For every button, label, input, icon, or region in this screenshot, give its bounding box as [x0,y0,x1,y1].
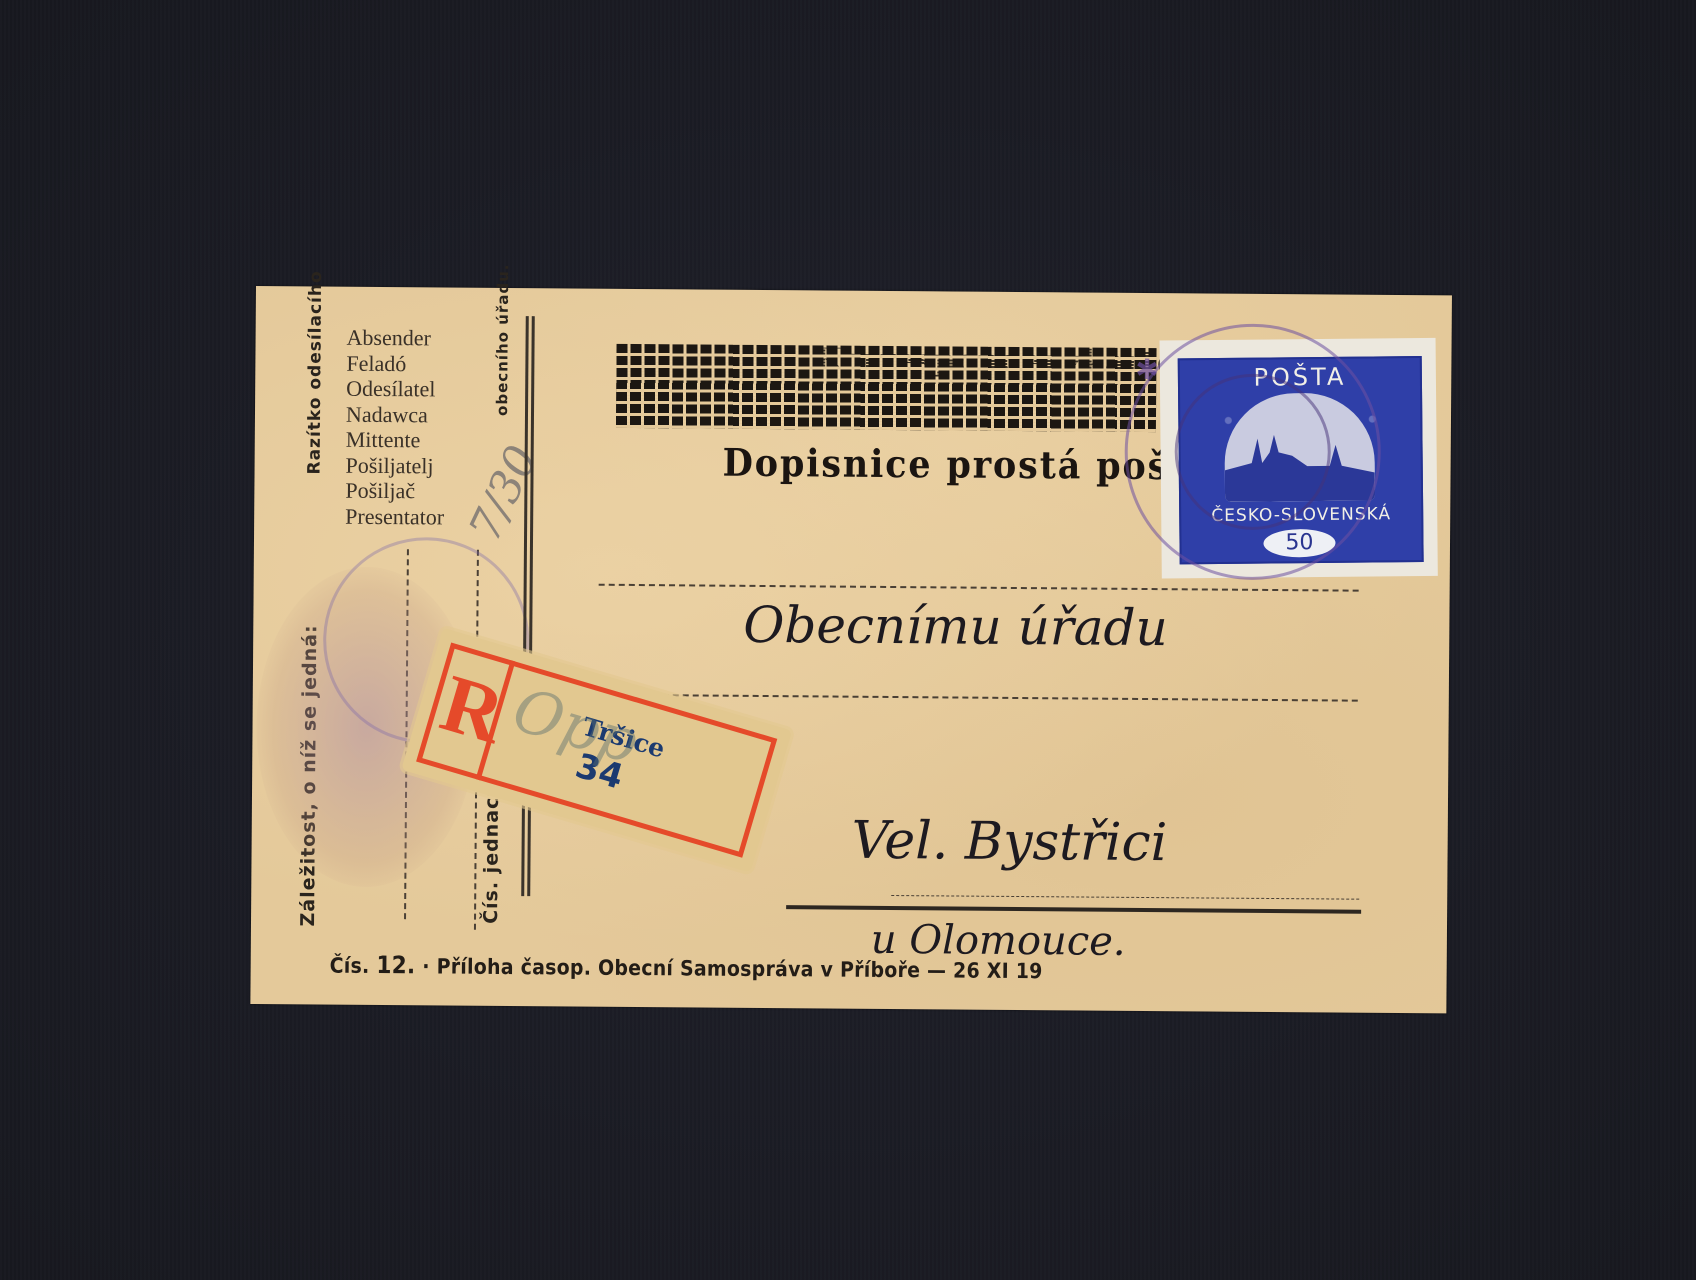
sender-label: Mittente [346,427,445,453]
footer-imprint: Čís. 12. · Příloha časop. Obecní Samospr… [330,951,1043,985]
sender-label: Feladó [346,350,445,376]
address-line-1: Obecnímu úřadu [743,596,1168,657]
file-number-label: Čís. jednací [480,789,503,924]
office-label: obecního úřadu. [493,263,512,416]
sender-label: Presentator [345,503,444,529]
postmark-inner-ring [1174,373,1331,530]
address-line [599,584,1359,592]
footer-number: 12. [376,951,415,979]
sender-label-list: Absender Feladó Odesílatel Nadawca Mitte… [345,325,446,530]
address-line [643,694,1358,702]
address-line [891,895,1359,900]
postcard: Razítko odesílacího Absender Feladó Odes… [250,286,1452,1013]
pencil-note: 7/30 [460,438,549,549]
footer-prefix: Čís. [330,954,370,978]
sender-label: Pošiljač [345,478,444,504]
address-solid-line [786,905,1361,914]
postmark-star-icon: ✱ [1135,353,1159,387]
sender-label: Pošiljatelj [345,452,444,478]
sender-label: Odesílatel [346,376,445,402]
sender-label: Nadawca [346,401,445,427]
overprint-block [616,344,1157,432]
sender-stamp-label: Razítko odesílacího [305,270,327,474]
column-divider [521,316,535,896]
registration-label: R Tršice 34 Opp [416,643,777,858]
footer-text: · Příloha časop. Obecní Samospráva v Pří… [422,954,1042,983]
sender-label: Absender [346,325,445,351]
address-line-2: Vel. Bystřici [851,811,1167,873]
